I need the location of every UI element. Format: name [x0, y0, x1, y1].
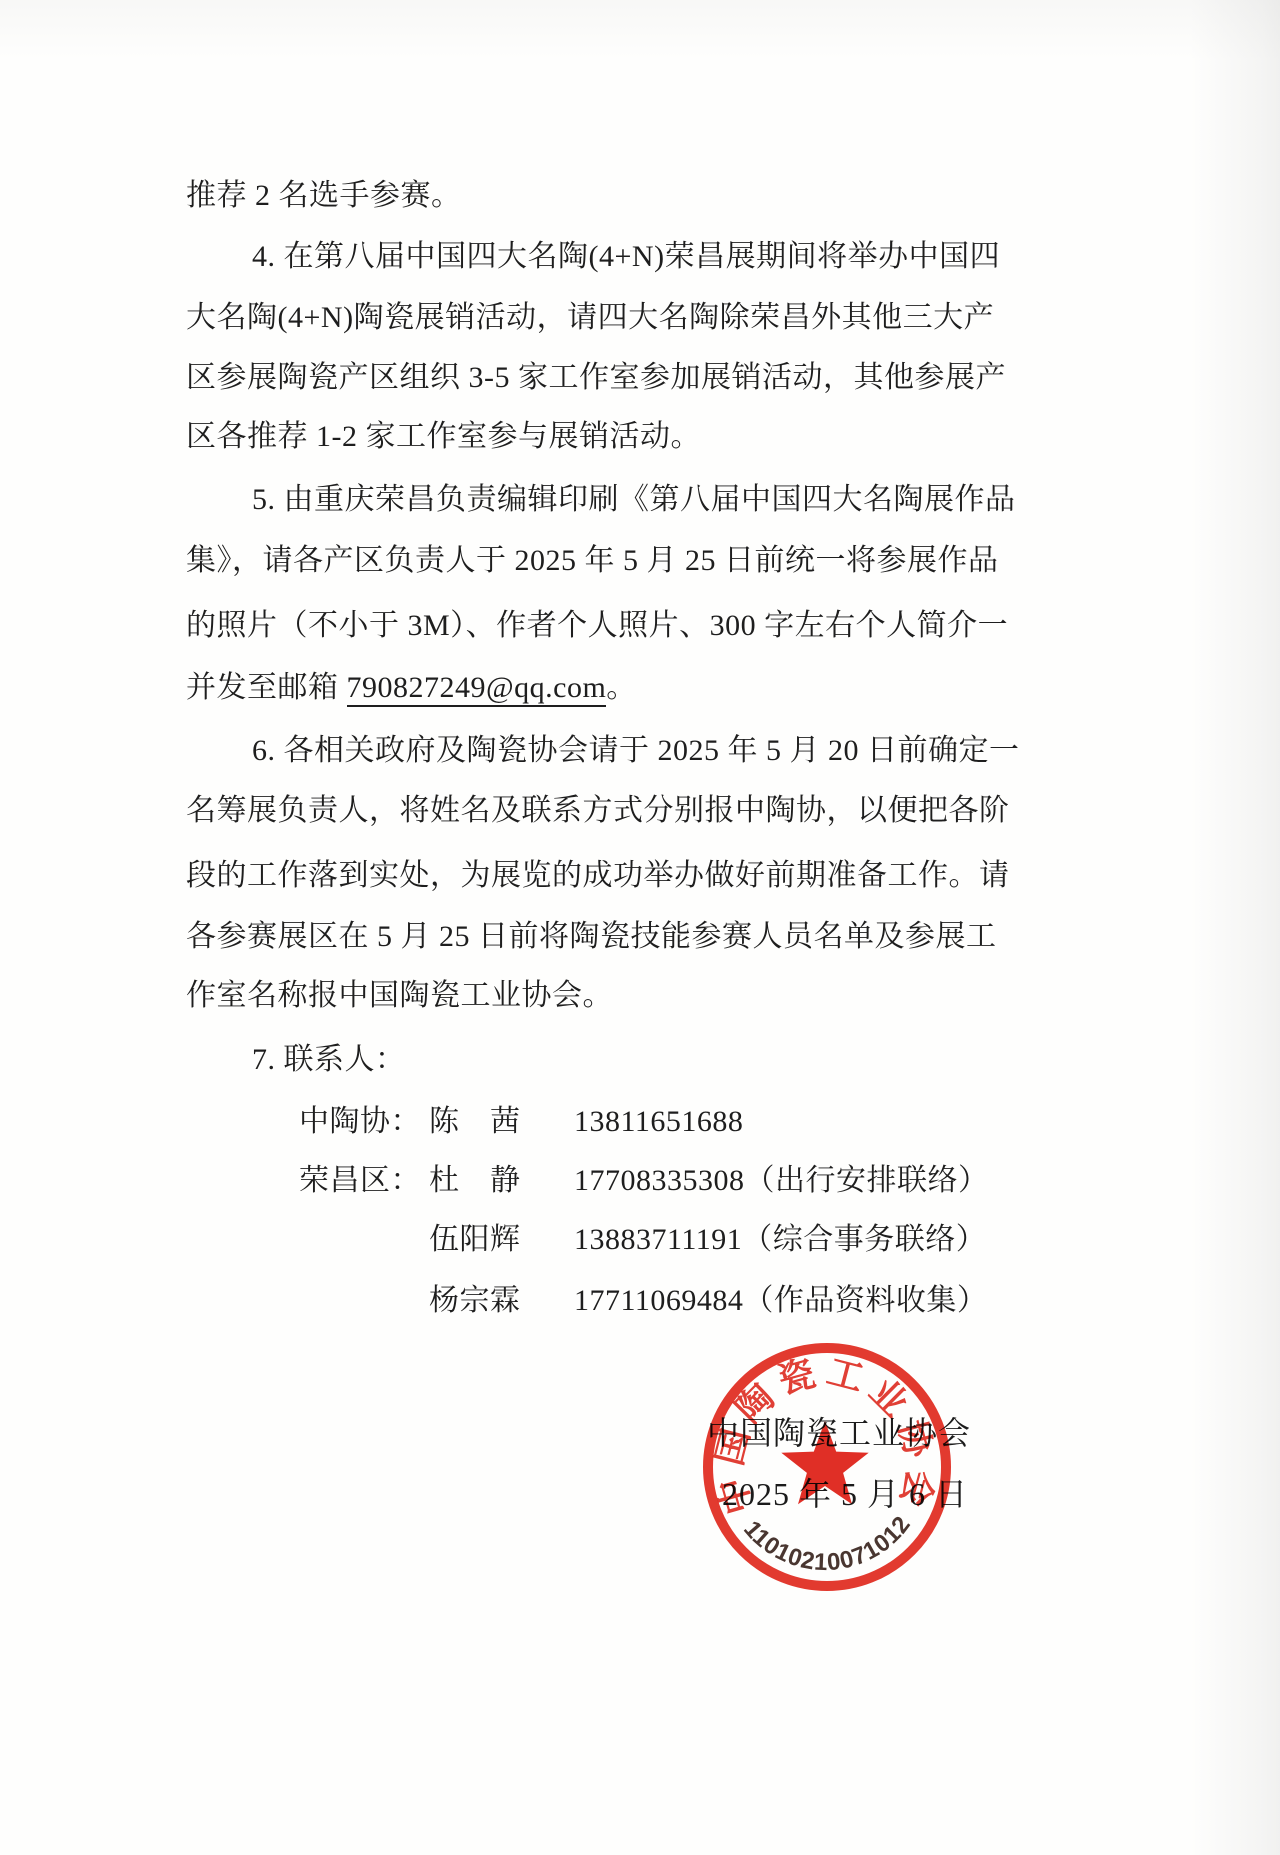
body-line: 的照片（不小于 3M）、作者个人照片、300 字左右个人简介一 [186, 606, 976, 646]
contact-phone-number: 17708335308（出行安排联络） [574, 1161, 989, 1201]
body-line: 段的工作落到实处，为展览的成功举办做好前期准备工作。请 [186, 856, 976, 896]
body-line: 6. 各相关政府及陶瓷协会请于 2025 年 5 月 20 日前确定一 [252, 731, 1042, 771]
contact-org-label: 中陶协： [299, 1102, 421, 1142]
email-line-suffix: 。 [606, 671, 637, 704]
contacts-heading: 7. 联系人： [252, 1040, 1042, 1080]
contact-person-name: 陈 茜 [429, 1102, 521, 1142]
body-line: 5. 由重庆荣昌负责编辑印刷《第八届中国四大名陶展作品 [252, 480, 1042, 520]
contact-person-name: 伍阳辉 [429, 1220, 521, 1260]
contact-person-name: 杜 静 [429, 1161, 521, 1201]
contact-phone-number: 17711069484（作品资料收集） [574, 1281, 987, 1321]
body-line: 4. 在第八届中国四大名陶(4+N)荣昌展期间将举办中国四 [252, 237, 1042, 277]
email-line: 并发至邮箱 790827249@qq.com。 [186, 668, 976, 708]
contact-row: 伍阳辉 13883711191（综合事务联络） [0, 1220, 1280, 1260]
body-line: 名筹展负责人，将姓名及联系方式分别报中陶协，以便把各阶 [186, 791, 976, 831]
contact-phone-number: 13883711191（综合事务联络） [574, 1220, 986, 1260]
official-seal: 中国陶瓷工业协会 11010210071012 [685, 1325, 970, 1610]
contact-row: 杨宗霖 17711069484（作品资料收集） [0, 1281, 1280, 1321]
body-line: 推荐 2 名选手参赛。 [186, 176, 976, 216]
document-page: 推荐 2 名选手参赛。 4. 在第八届中国四大名陶(4+N)荣昌展期间将举办中国… [0, 0, 1280, 1855]
contact-row: 荣昌区： 杜 静 17708335308（出行安排联络） [0, 1161, 1280, 1201]
scan-shadow-right [1190, 0, 1280, 1855]
contact-person-name: 杨宗霖 [429, 1281, 521, 1321]
body-line: 作室名称报中国陶瓷工业协会。 [186, 976, 976, 1016]
email-address: 790827249@qq.com [347, 671, 607, 707]
contact-org-label: 荣昌区： [299, 1161, 421, 1201]
email-line-prefix: 并发至邮箱 [186, 671, 347, 704]
scan-shadow-top [0, 0, 1280, 60]
contact-row: 中陶协： 陈 茜 13811651688 [0, 1102, 1280, 1142]
body-line: 区参展陶瓷产区组织 3-5 家工作室参加展销活动，其他参展产 [186, 358, 976, 398]
body-line: 区各推荐 1-2 家工作室参与展销活动。 [186, 417, 976, 457]
body-line: 大名陶(4+N)陶瓷展销活动，请四大名陶除荣昌外其他三大产 [186, 298, 976, 338]
contact-phone-number: 13811651688 [574, 1102, 743, 1142]
star-icon [781, 1421, 868, 1504]
body-line: 集》，请各产区负责人于 2025 年 5 月 25 日前统一将参展作品 [186, 541, 976, 581]
body-line: 各参赛展区在 5 月 25 日前将陶瓷技能参赛人员名单及参展工 [186, 917, 976, 957]
